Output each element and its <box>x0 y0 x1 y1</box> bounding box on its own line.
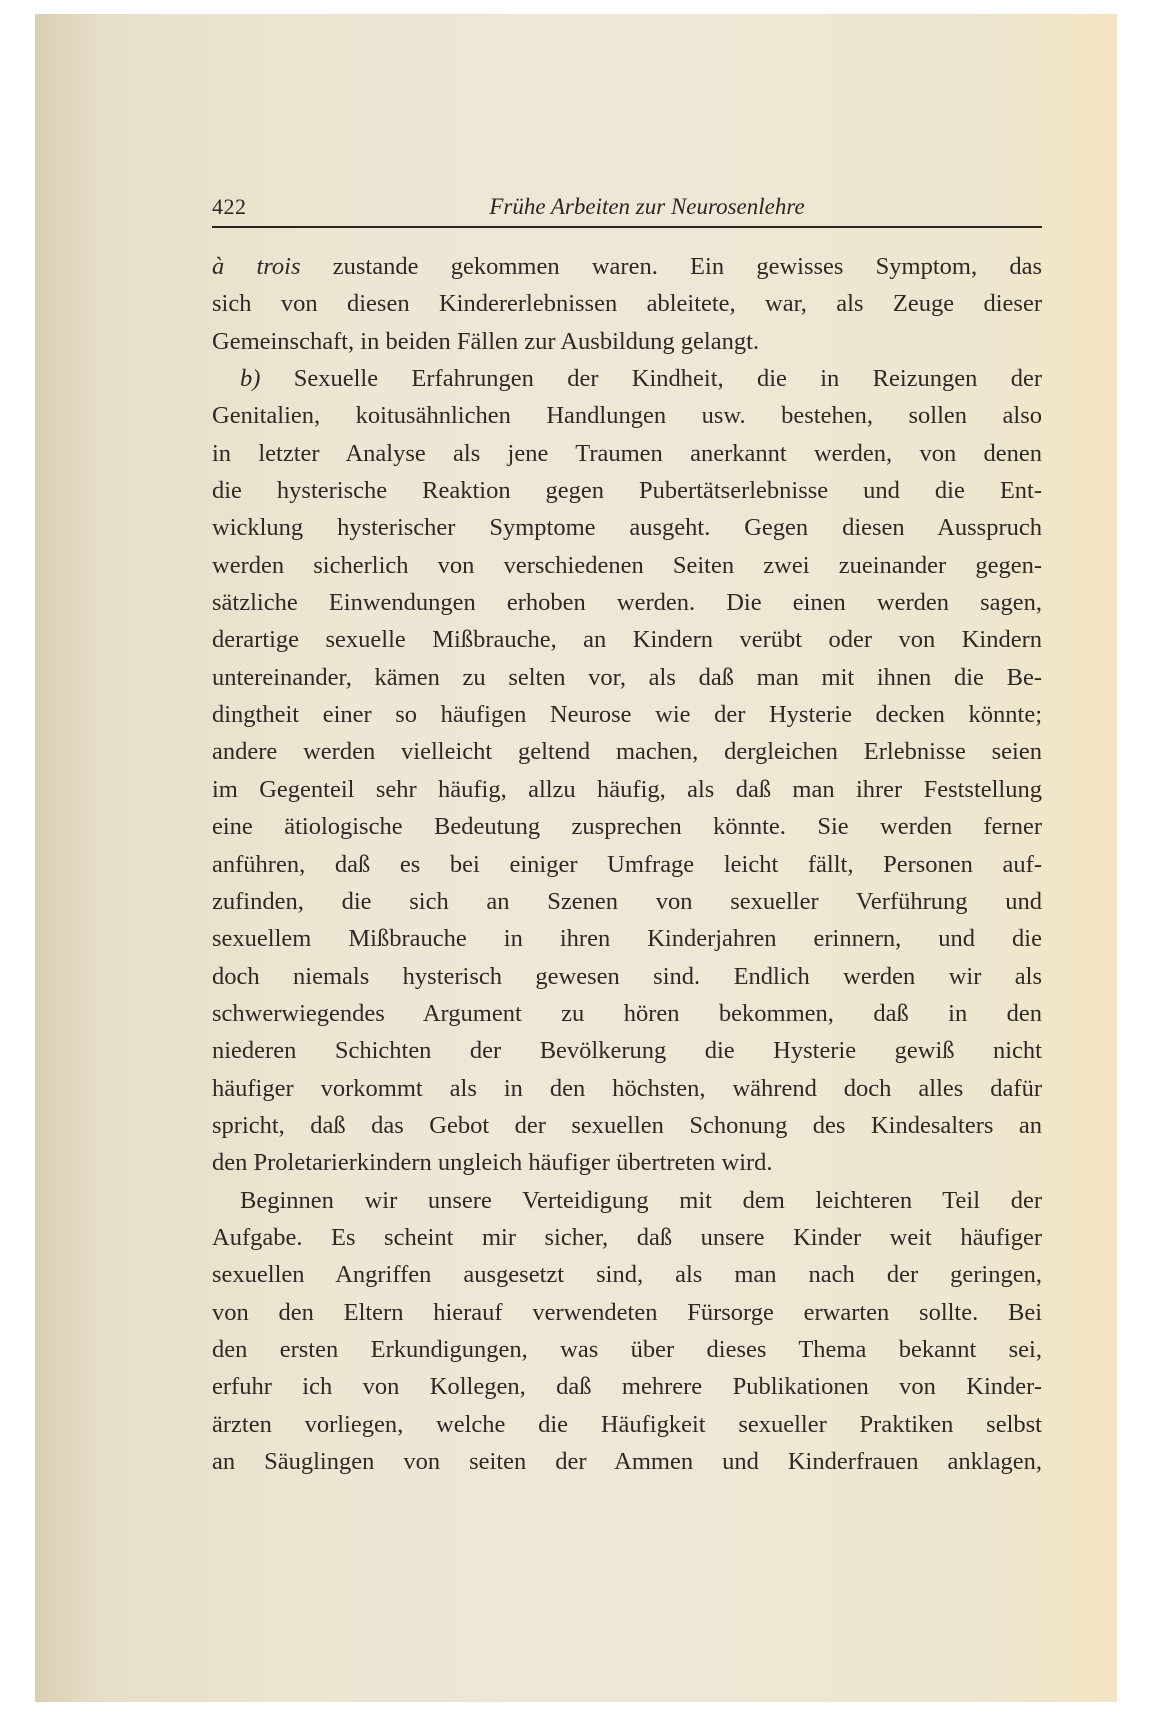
text-line: Beginnen wir unsere Verteidigung mit dem… <box>212 1182 1042 1219</box>
text-line: an Säuglingen von seiten der Ammen und K… <box>212 1443 1042 1480</box>
text-line: niederen Schichten der Bevölkerung die H… <box>212 1032 1042 1069</box>
text-line: doch niemals hysterisch gewesen sind. En… <box>212 958 1042 995</box>
text-line: von den Eltern hierauf verwendeten Fürso… <box>212 1294 1042 1331</box>
text-line: erfuhr ich von Kollegen, daß mehrere Pub… <box>212 1368 1042 1405</box>
running-head: 422 Frühe Arbeiten zur Neurosenlehre <box>212 186 1042 228</box>
text-line: andere werden vielleicht geltend machen,… <box>212 733 1042 770</box>
text-line: in letzter Analyse als jene Traumen aner… <box>212 435 1042 472</box>
italic-phrase: à trois <box>212 253 301 280</box>
text-line: schwerwiegendes Argument zu hören bekomm… <box>212 995 1042 1032</box>
text-line: Gemeinschaft, in beiden Fällen zur Ausbi… <box>212 323 1042 360</box>
text-line: den ersten Erkundigungen, was über diese… <box>212 1331 1042 1368</box>
text-line: ärzten vorliegen, welche die Häufigkeit … <box>212 1406 1042 1443</box>
body-text: à trois zustande gekommen waren. Ein gew… <box>212 248 1042 1480</box>
text-line: sexuellen Angriffen ausgesetzt sind, als… <box>212 1256 1042 1293</box>
text-line: untereinander, kämen zu selten vor, als … <box>212 659 1042 696</box>
text-line: spricht, daß das Gebot der sexuellen Sch… <box>212 1107 1042 1144</box>
text-line: werden sicherlich von verschiedenen Seit… <box>212 547 1042 584</box>
text-line: zufinden, die sich an Szenen von sexuell… <box>212 883 1042 920</box>
text-line: sich von diesen Kindererlebnissen ableit… <box>212 285 1042 322</box>
book-page: 422 Frühe Arbeiten zur Neurosenlehre à t… <box>35 14 1117 1702</box>
text-line: den Proletarierkindern ungleich häufiger… <box>212 1144 1042 1181</box>
text-line: sätzliche Einwendungen erhoben werden. D… <box>212 584 1042 621</box>
text-line: häufiger vorkommt als in den höchsten, w… <box>212 1070 1042 1107</box>
text-line: im Gegenteil sehr häufig, allzu häufig, … <box>212 771 1042 808</box>
text-line: b) Sexuelle Erfahrungen der Kindheit, di… <box>212 360 1042 397</box>
text-line: eine ätiologische Bedeutung zusprechen k… <box>212 808 1042 845</box>
text-line: wicklung hysterischer Symptome ausgeht. … <box>212 509 1042 546</box>
list-marker: b) <box>240 365 260 392</box>
text-line: anführen, daß es bei einiger Umfrage lei… <box>212 846 1042 883</box>
text-line: derartige sexuelle Mißbrauche, an Kinder… <box>212 621 1042 658</box>
text-line: à trois zustande gekommen waren. Ein gew… <box>212 248 1042 285</box>
text-line: dingtheit einer so häufigen Neurose wie … <box>212 696 1042 733</box>
text-line: die hysterische Reaktion gegen Pubertäts… <box>212 472 1042 509</box>
text-line: sexuellem Mißbrauche in ihren Kinderjahr… <box>212 920 1042 957</box>
text-line: Aufgabe. Es scheint mir sicher, daß unse… <box>212 1219 1042 1256</box>
running-title: Frühe Arbeiten zur Neurosenlehre <box>212 194 1042 220</box>
text-line: Genitalien, koitusähnlichen Handlungen u… <box>212 397 1042 434</box>
